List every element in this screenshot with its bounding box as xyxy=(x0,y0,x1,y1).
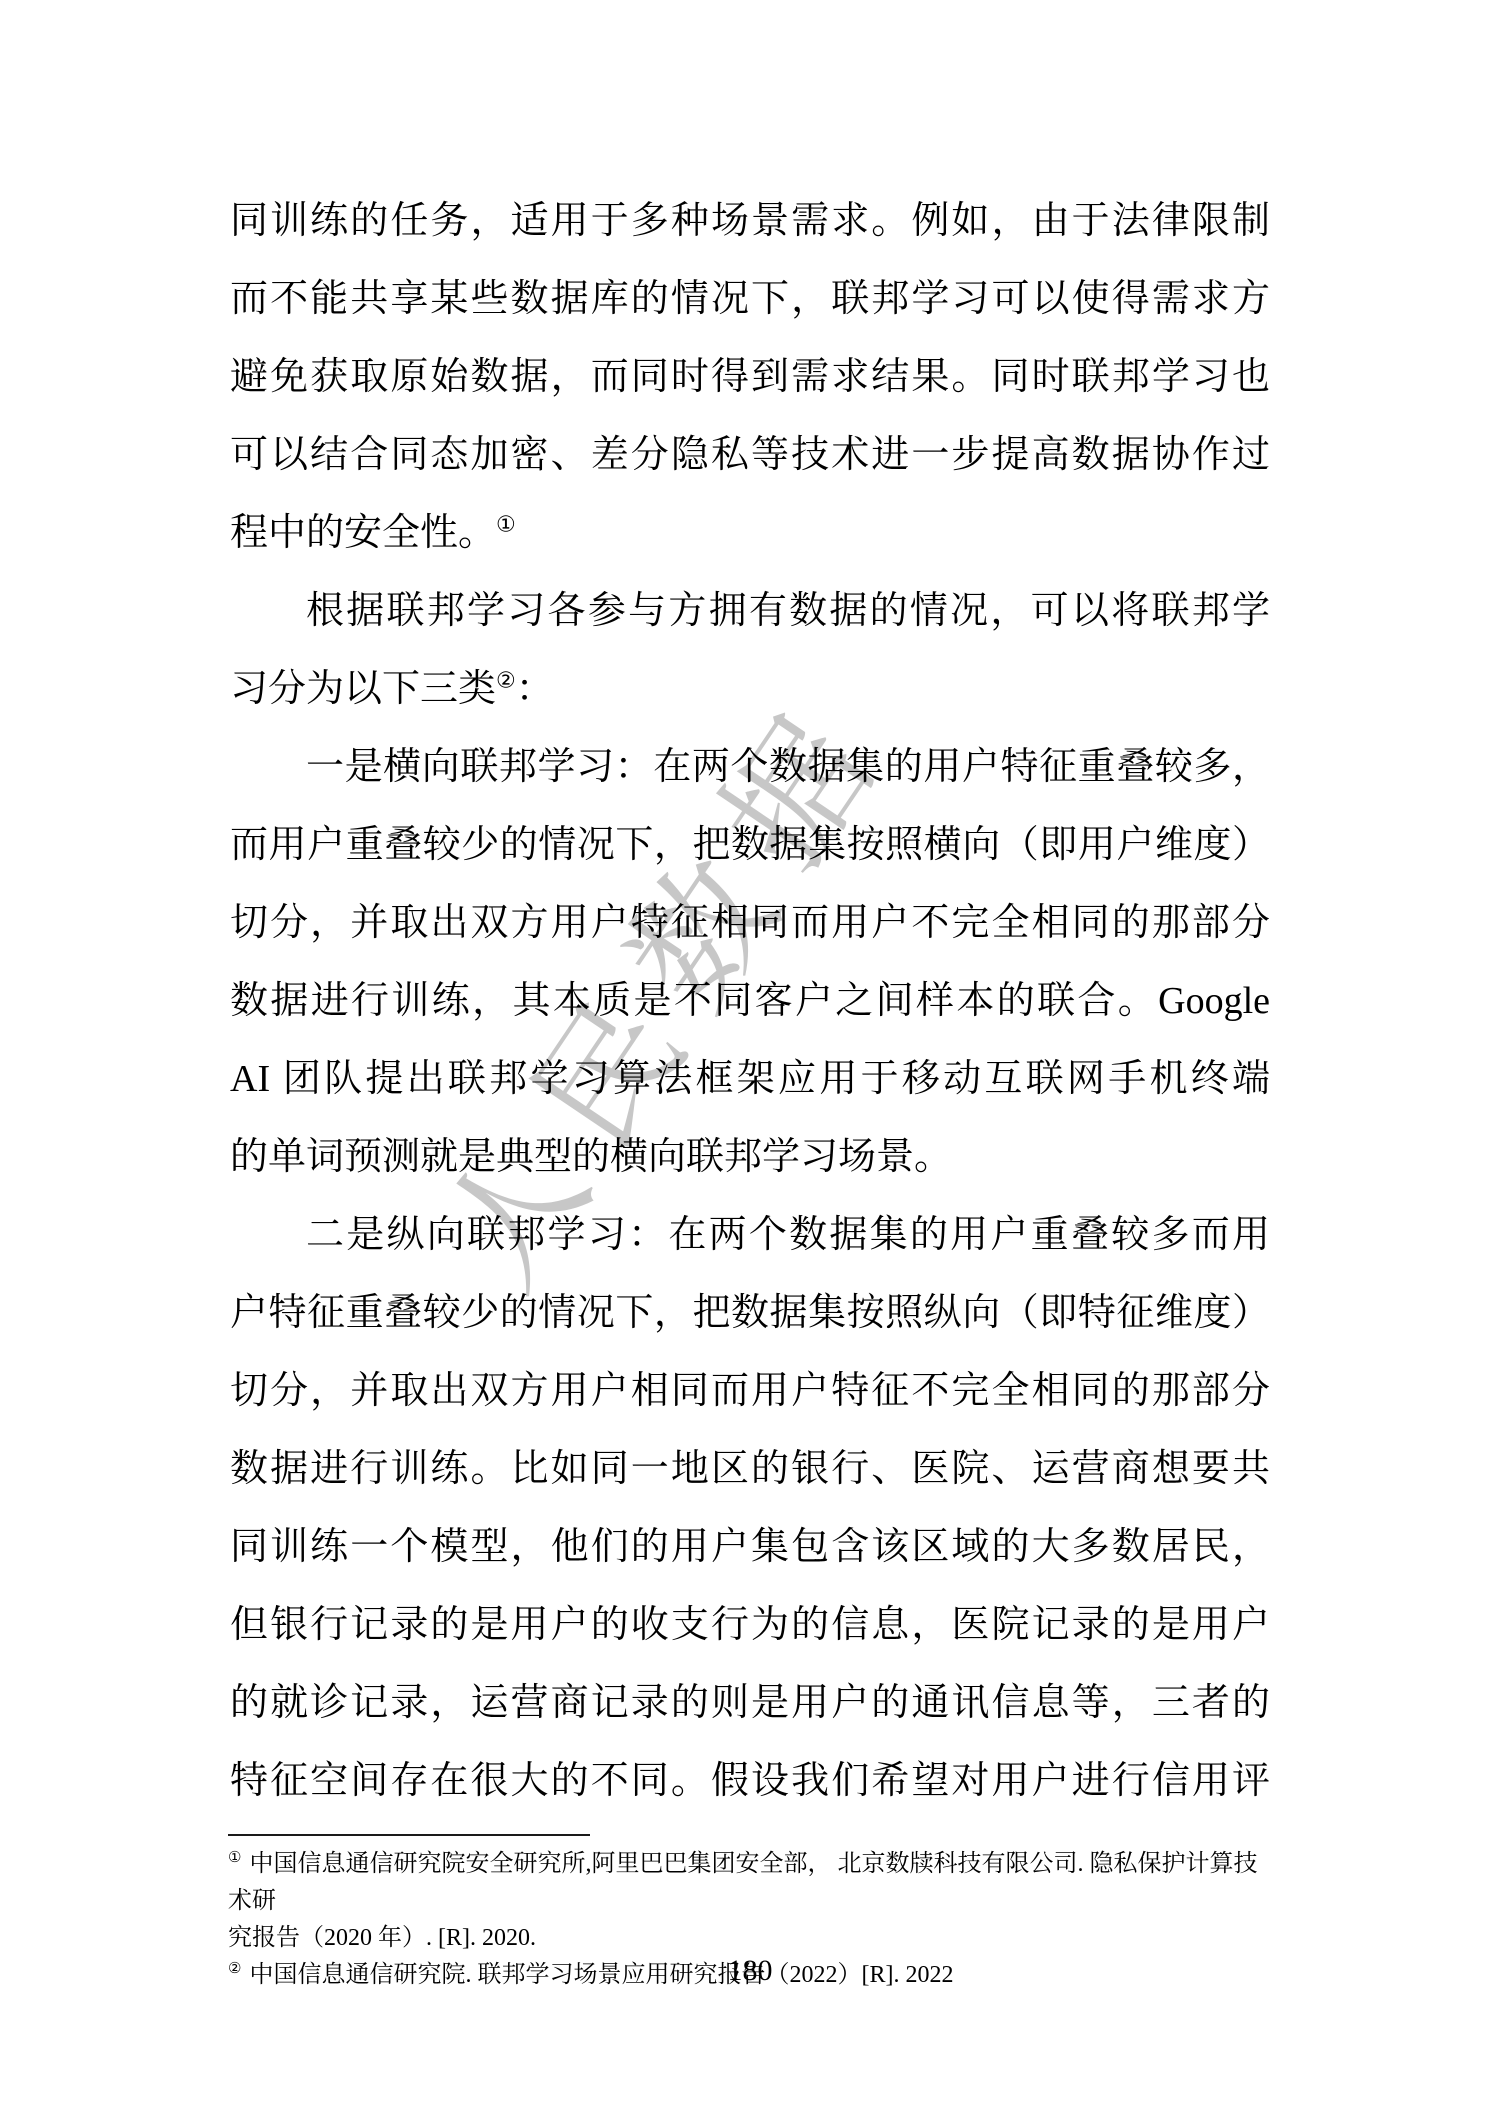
footnote-reference: ① xyxy=(496,511,516,536)
text-line: 同训练一个模型，他们的用户集包含该区域的大多数居民， xyxy=(230,1508,1270,1586)
text-line: 的单词预测就是典型的横向联邦学习场景。 xyxy=(230,1118,1270,1196)
text-line: 切分，并取出双方用户特征相同而用户不完全相同的那部分 xyxy=(230,884,1270,962)
text-line: 切分，并取出双方用户相同而用户特征不完全相同的那部分 xyxy=(230,1352,1270,1430)
text-line: 的就诊记录，运营商记录的则是用户的通讯信息等，三者的 xyxy=(230,1664,1270,1742)
text-line: 而不能共享某些数据库的情况下，联邦学习可以使得需求方 xyxy=(230,260,1270,338)
text-line: 避免获取原始数据，而同时得到需求结果。同时联邦学习也 xyxy=(230,338,1270,416)
text-line: 习分为以下三类②： xyxy=(230,650,1270,728)
footnote-reference: ② xyxy=(496,667,516,692)
text-line: 数据进行训练，其本质是不同客户之间样本的联合。Google xyxy=(230,962,1270,1040)
text-line: 可以结合同态加密、差分隐私等技术进一步提高数据协作过 xyxy=(230,416,1270,494)
footnote-separator xyxy=(228,1834,590,1836)
text-line: 数据进行训练。比如同一地区的银行、医院、运营商想要共 xyxy=(230,1430,1270,1508)
footnote-line: ①中国信息通信研究院安全研究所,阿里巴巴集团安全部， 北京数牍科技有限公司. 隐… xyxy=(228,1846,1278,1920)
text-line: AI 团队提出联邦学习算法框架应用于移动互联网手机终端 xyxy=(230,1040,1270,1118)
text-line: 特征空间存在很大的不同。假设我们希望对用户进行信用评 xyxy=(230,1742,1270,1820)
page-number: 180 xyxy=(0,1954,1500,1988)
text-line: 户特征重叠较少的情况下，把数据集按照纵向（即特征维度） xyxy=(230,1274,1270,1352)
text-line: 程中的安全性。① xyxy=(230,494,1270,572)
footnote-line: 究报告（2020 年）. [R]. 2020. xyxy=(228,1920,1278,1957)
document-page: 人民数据 同训练的任务，适用于多种场景需求。例如，由于法律限制而不能共享某些数据… xyxy=(0,0,1500,2121)
text-line: 根据联邦学习各参与方拥有数据的情况，可以将联邦学 xyxy=(230,572,1270,650)
text-line: 二是纵向联邦学习：在两个数据集的用户重叠较多而用 xyxy=(230,1196,1270,1274)
text-line: 而用户重叠较少的情况下，把数据集按照横向（即用户维度） xyxy=(230,806,1270,884)
footnote-marker: ① xyxy=(228,1850,249,1866)
text-line: 一是横向联邦学习：在两个数据集的用户特征重叠较多， xyxy=(230,728,1270,806)
text-line: 但银行记录的是用户的收支行为的信息，医院记录的是用户 xyxy=(230,1586,1270,1664)
text-line: 同训练的任务，适用于多种场景需求。例如，由于法律限制 xyxy=(230,182,1270,260)
document-body: 同训练的任务，适用于多种场景需求。例如，由于法律限制而不能共享某些数据库的情况下… xyxy=(230,182,1270,1820)
